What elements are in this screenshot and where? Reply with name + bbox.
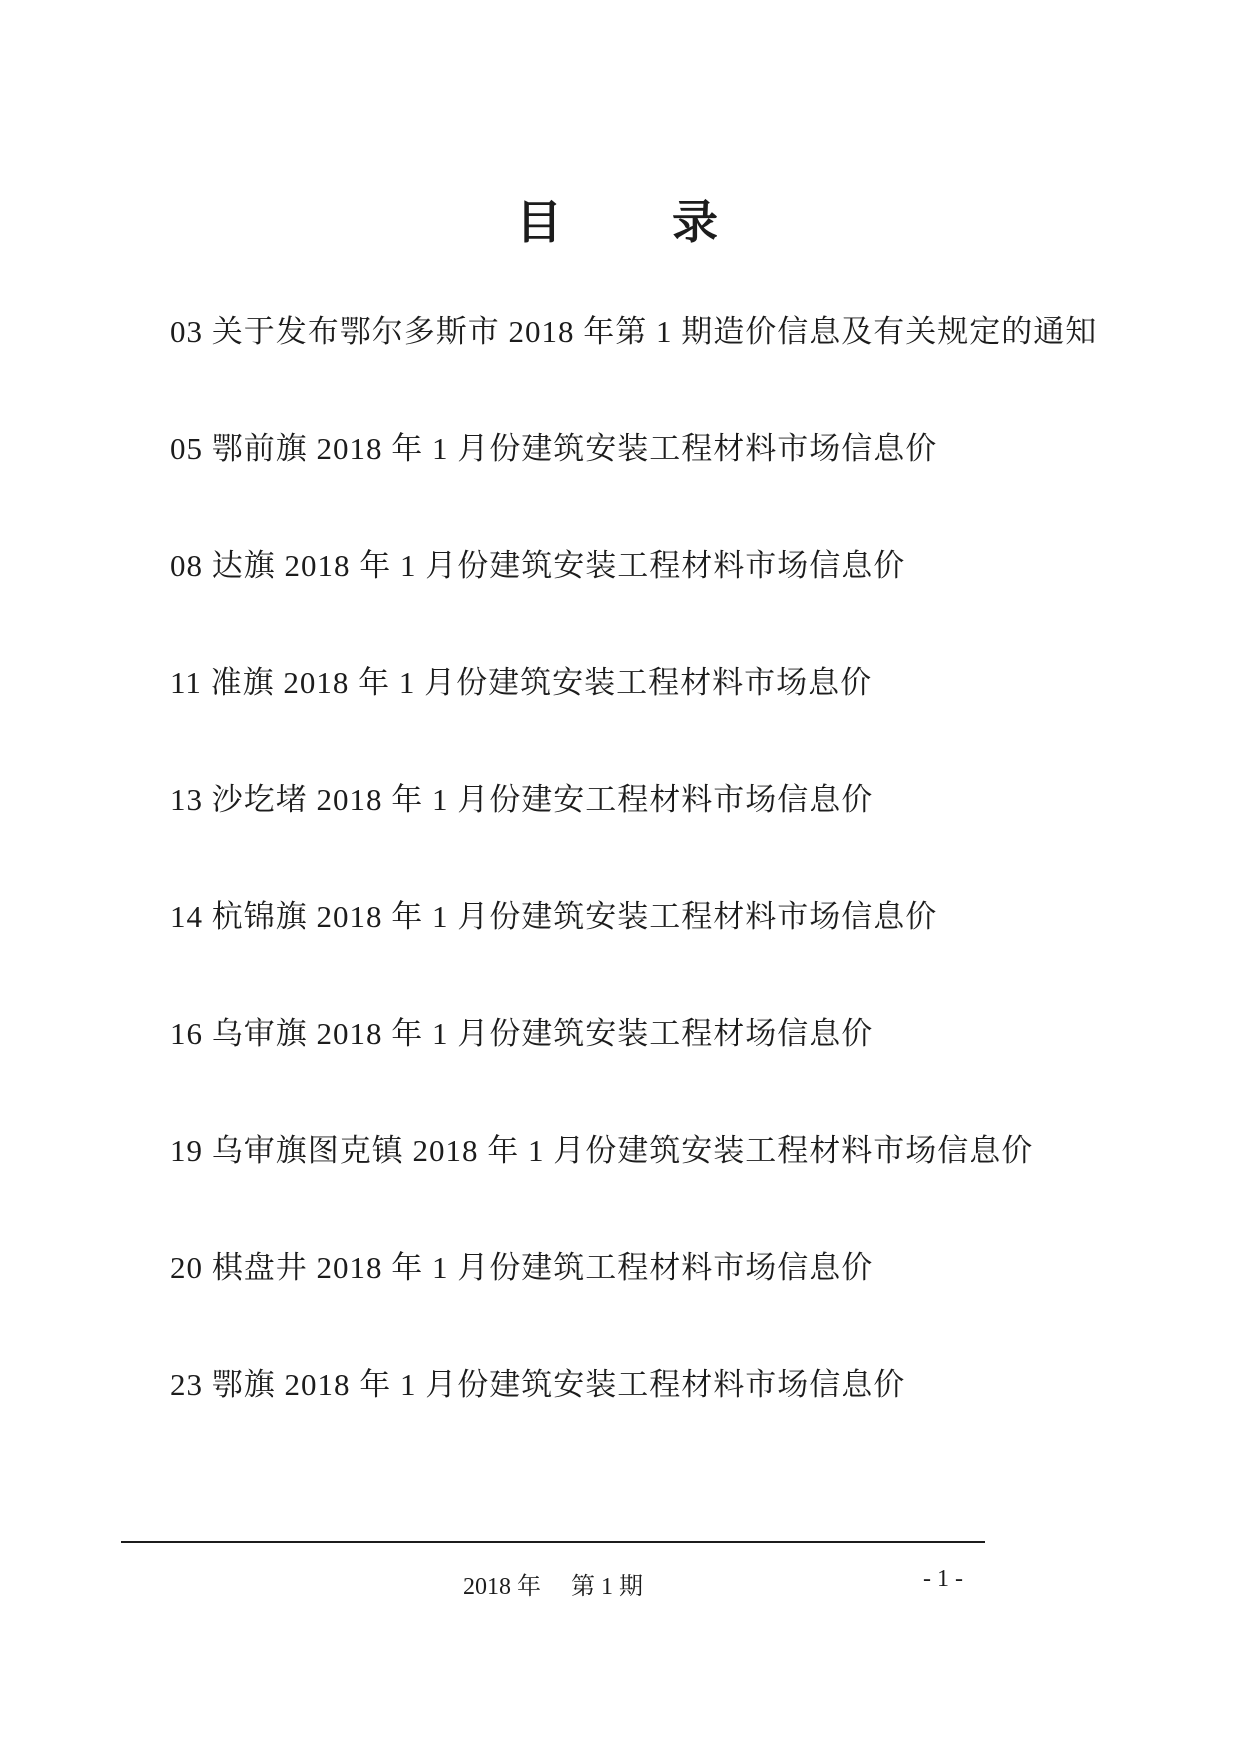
document-page: 目 录 03 关于发布鄂尔多斯市 2018 年第 1 期造价信息及有关规定的通知… (0, 0, 1240, 1754)
toc-entry: 05 鄂前旗 2018 年 1 月份建筑安装工程材料市场信息价 (170, 429, 1000, 469)
footer-divider (121, 1541, 985, 1543)
toc-entry: 14 杭锦旗 2018 年 1 月份建筑安装工程材料市场信息价 (170, 897, 1000, 937)
toc-entry: 16 乌审旗 2018 年 1 月份建筑安装工程材场信息价 (170, 1014, 1000, 1054)
table-of-contents: 03 关于发布鄂尔多斯市 2018 年第 1 期造价信息及有关规定的通知 05 … (170, 312, 1000, 1482)
footer-page-number: - 1 - (923, 1566, 963, 1593)
toc-entry: 03 关于发布鄂尔多斯市 2018 年第 1 期造价信息及有关规定的通知 (170, 312, 1000, 352)
toc-entry: 08 达旗 2018 年 1 月份建筑安装工程材料市场信息价 (170, 546, 1000, 586)
toc-entry: 13 沙圪堵 2018 年 1 月份建安工程材料市场信息价 (170, 780, 1000, 820)
toc-entry: 19 乌审旗图克镇 2018 年 1 月份建筑安装工程材料市场信息价 (170, 1131, 1000, 1171)
page-title: 目 录 (0, 186, 1240, 252)
toc-entry: 20 棋盘井 2018 年 1 月份建筑工程材料市场信息价 (170, 1248, 1000, 1288)
toc-entry: 11 准旗 2018 年 1 月份建筑安装工程材料市场息价 (170, 663, 1000, 703)
footer-issue-label: 2018 年 第 1 期 (121, 1566, 985, 1601)
toc-entry: 23 鄂旗 2018 年 1 月份建筑安装工程材料市场信息价 (170, 1365, 1000, 1405)
page-footer: 2018 年 第 1 期 - 1 - (121, 1566, 985, 1602)
